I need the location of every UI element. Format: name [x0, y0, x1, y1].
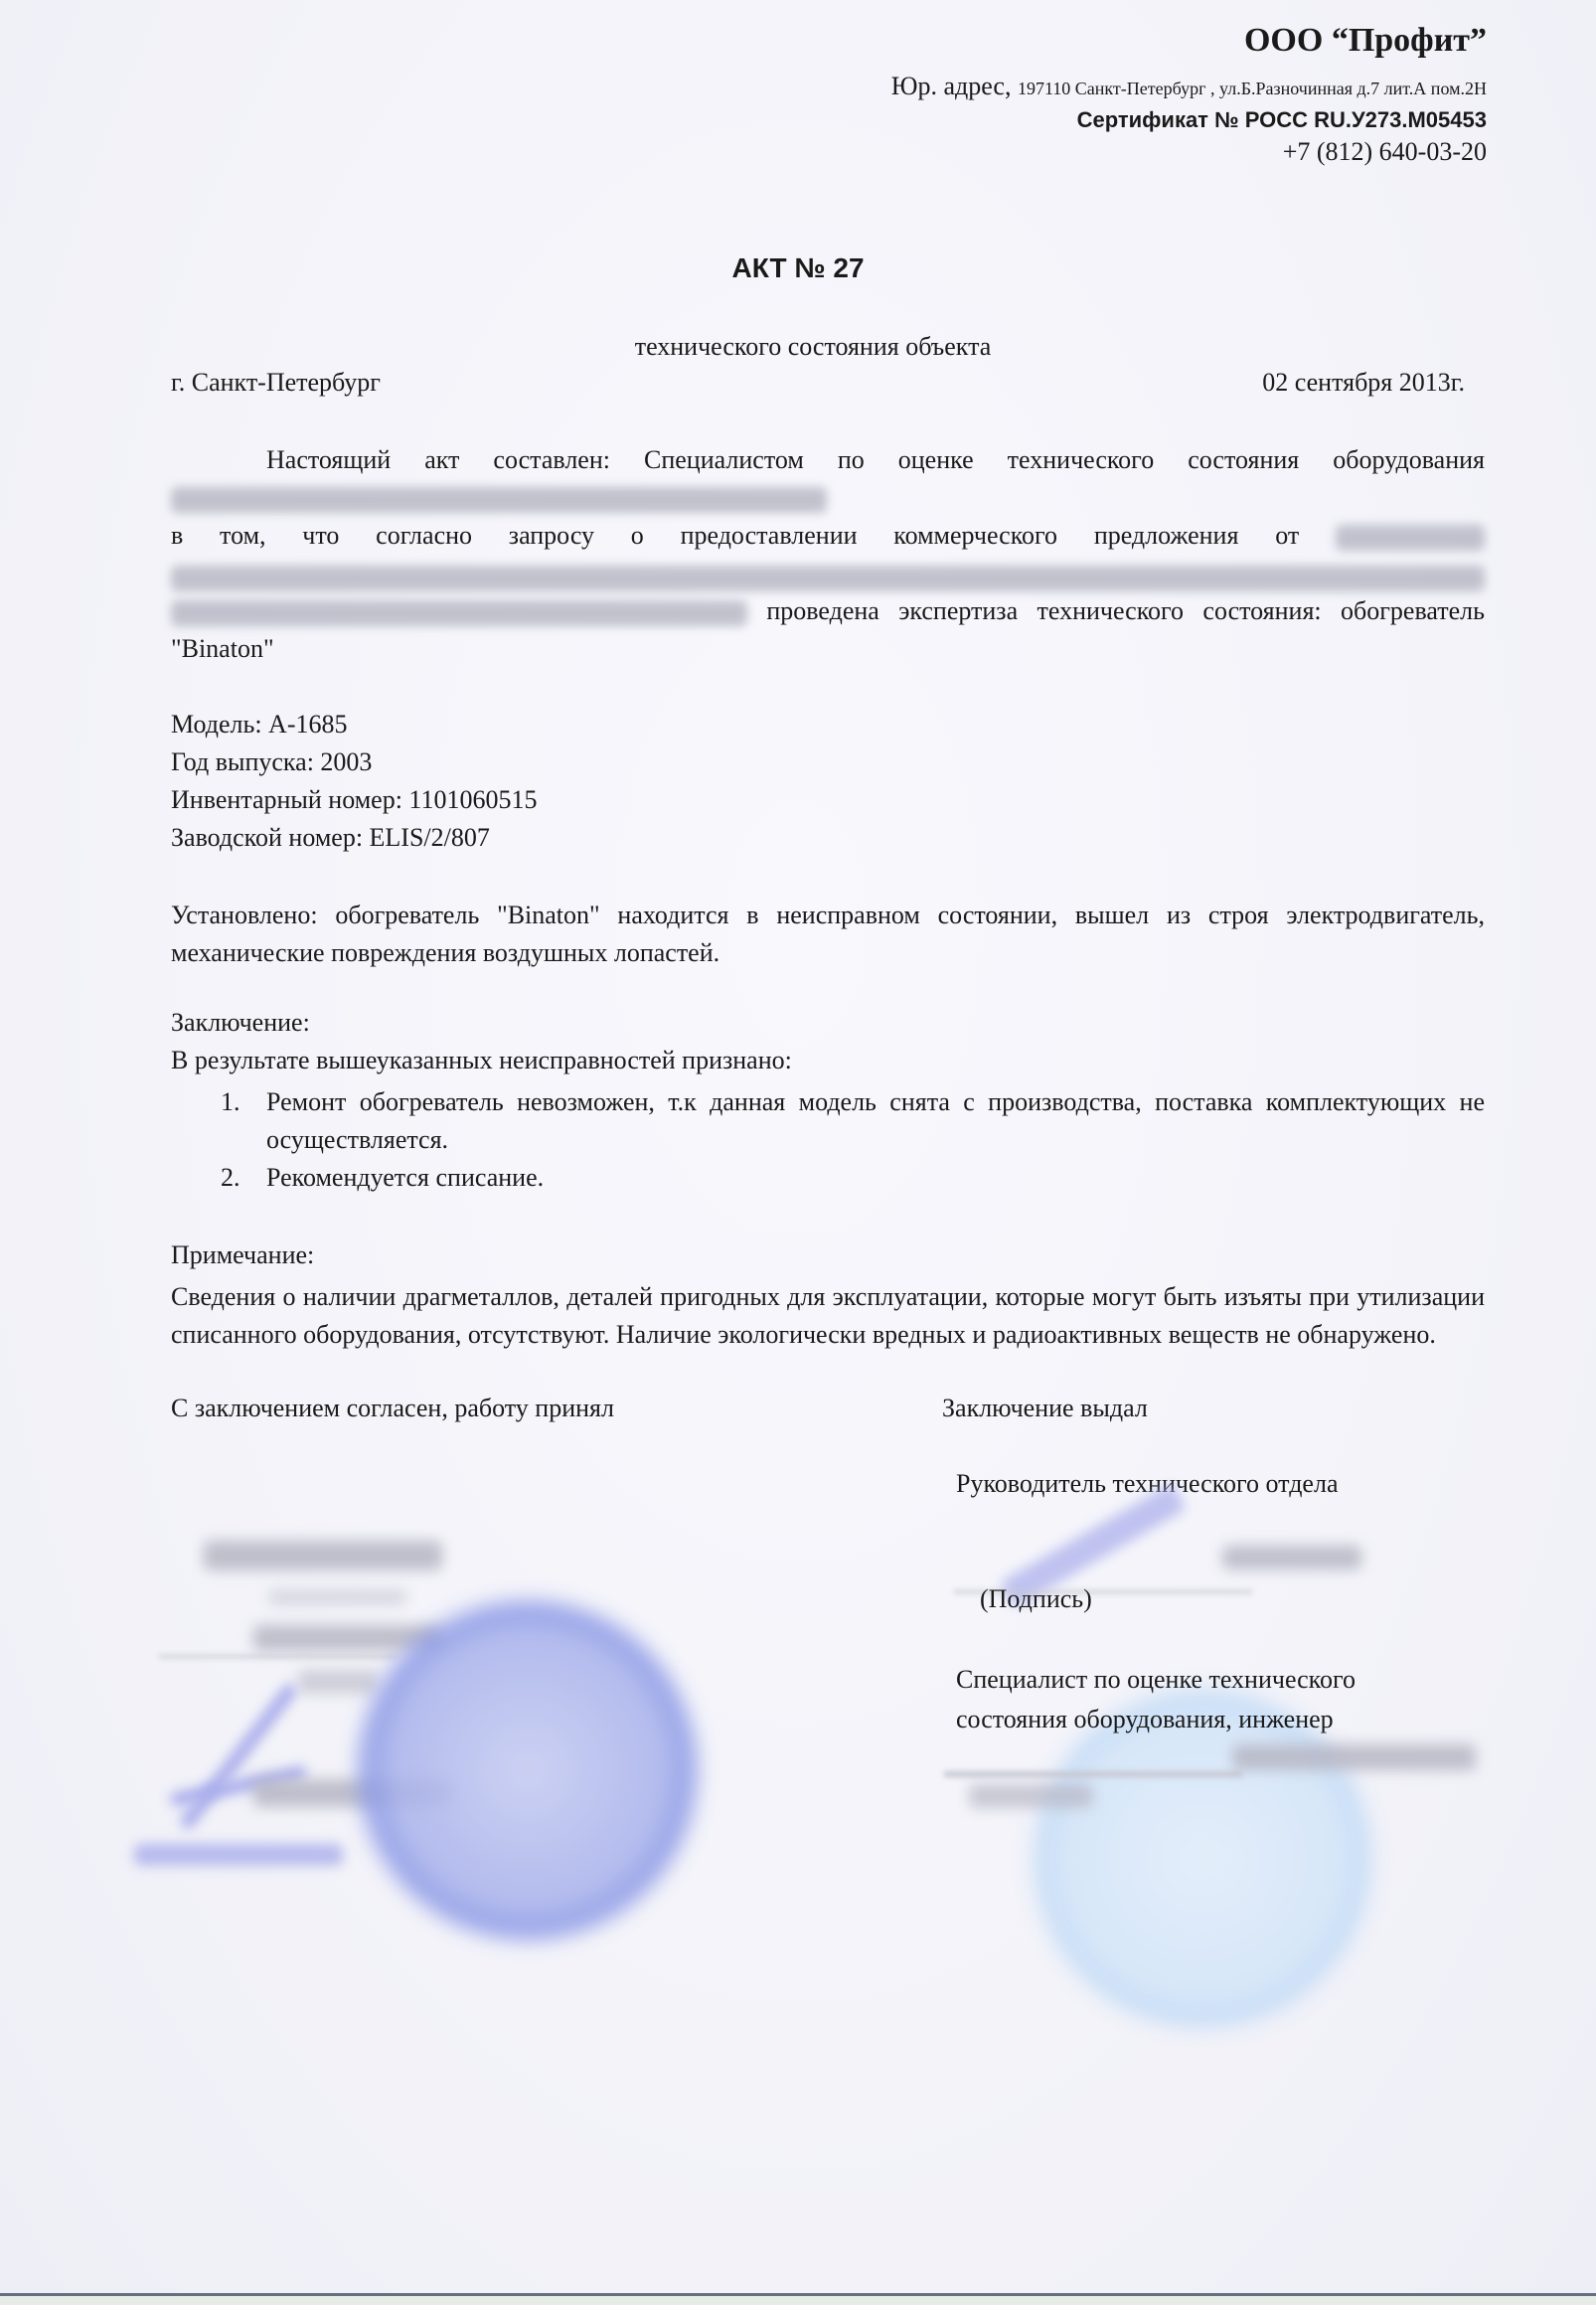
redacted-text [298, 1670, 378, 1694]
address-label: Юр. адрес, [891, 72, 1012, 100]
item-number: 2. [221, 1159, 240, 1197]
redacted-head-name [1222, 1546, 1361, 1569]
item-text: Ремонт обогреватель невозможен, т.к данн… [266, 1087, 1485, 1154]
redacted-organization-name-cont [171, 566, 1485, 591]
conclusion-heading: Заключение: [171, 1008, 310, 1038]
redacted-org-signer [204, 1541, 442, 1570]
company-phone: +7 (812) 640-03-20 [1283, 137, 1487, 167]
redacted-specialist-name [171, 487, 827, 513]
note-heading: Примечание: [171, 1240, 314, 1270]
scan-background [0, 2296, 1596, 2305]
spec-model: Модель: А-1685 [171, 706, 537, 743]
redacted-organization-name-end [171, 600, 747, 626]
company-name: ООО “Профит” [1244, 22, 1487, 60]
document-city: г. Санкт-Петербург [171, 368, 381, 398]
certificate-number: Сертификат № РОСС RU.У273.М05453 [1077, 107, 1487, 133]
spec-year: Год выпуска: 2003 [171, 743, 537, 781]
issuer-heading: Заключение выдал [942, 1394, 1148, 1423]
handwritten-signature [178, 1682, 299, 1831]
redacted-text [268, 1590, 407, 1604]
intro-paragraph: Настоящий акт составлен: Специалистом по… [171, 441, 1485, 668]
address-value: 197110 Санкт-Петербург , ул.Б.Разночинна… [1018, 79, 1487, 98]
specialist-role: Специалист по оценке технического состоя… [956, 1660, 1356, 1739]
spec-serial-number: Заводской номер: ELIS/2/807 [171, 819, 537, 857]
specialist-role-line-1: Специалист по оценке технического [956, 1660, 1356, 1700]
document-date: 02 сентября 2013г. [1262, 368, 1465, 398]
conclusion-list: 1. Ремонт обогреватель невозможен, т.к д… [171, 1083, 1485, 1197]
finding-paragraph: Установлено: обогреватель "Binaton" нахо… [171, 897, 1485, 972]
company-stamp-right [1034, 1690, 1371, 2028]
item-number: 1. [221, 1083, 240, 1121]
scanned-page: ООО “Профит” Юр. адрес, 197110 Санкт-Пет… [0, 0, 1596, 2305]
spec-inventory-number: Инвентарный номер: 1101060515 [171, 781, 537, 819]
redacted-organization-name [1336, 525, 1485, 551]
conclusion-intro: В результате вышеуказанных неисправносте… [171, 1046, 792, 1075]
company-stamp-left [358, 1600, 698, 1940]
item-text: Рекомендуется списание. [266, 1163, 544, 1192]
conclusion-item: 1. Ремонт обогреватель невозможен, т.к д… [171, 1083, 1485, 1159]
signature-caption: (Подпись) [980, 1584, 1092, 1614]
signature-line [944, 1771, 1242, 1777]
intro-part-2: в том, что согласно запросу о предоставл… [171, 521, 1299, 550]
specialist-role-line-2: состояния оборудования, инженер [956, 1700, 1356, 1739]
acceptance-heading: С заключением согласен, работу принял [171, 1394, 614, 1423]
equipment-specs: Модель: А-1685 Год выпуска: 2003 Инвента… [171, 706, 537, 857]
note-paragraph: Сведения о наличии драгметаллов, деталей… [171, 1278, 1485, 1354]
issuer-role: Руководитель технического отдела [956, 1469, 1338, 1499]
document-subtitle: технического состояния объекта [0, 332, 1596, 362]
company-address: Юр. адрес, 197110 Санкт-Петербург , ул.Б… [891, 72, 1487, 101]
signature-line [159, 1655, 398, 1658]
redacted-specialist-signer [1232, 1744, 1476, 1770]
document-title: АКТ № 27 [0, 252, 1596, 284]
redacted-text [969, 1784, 1093, 1808]
handwritten-note [134, 1844, 343, 1866]
intro-part-1: Настоящий акт составлен: Специалистом по… [266, 445, 1485, 474]
conclusion-item: 2. Рекомендуется списание. [171, 1159, 1485, 1197]
